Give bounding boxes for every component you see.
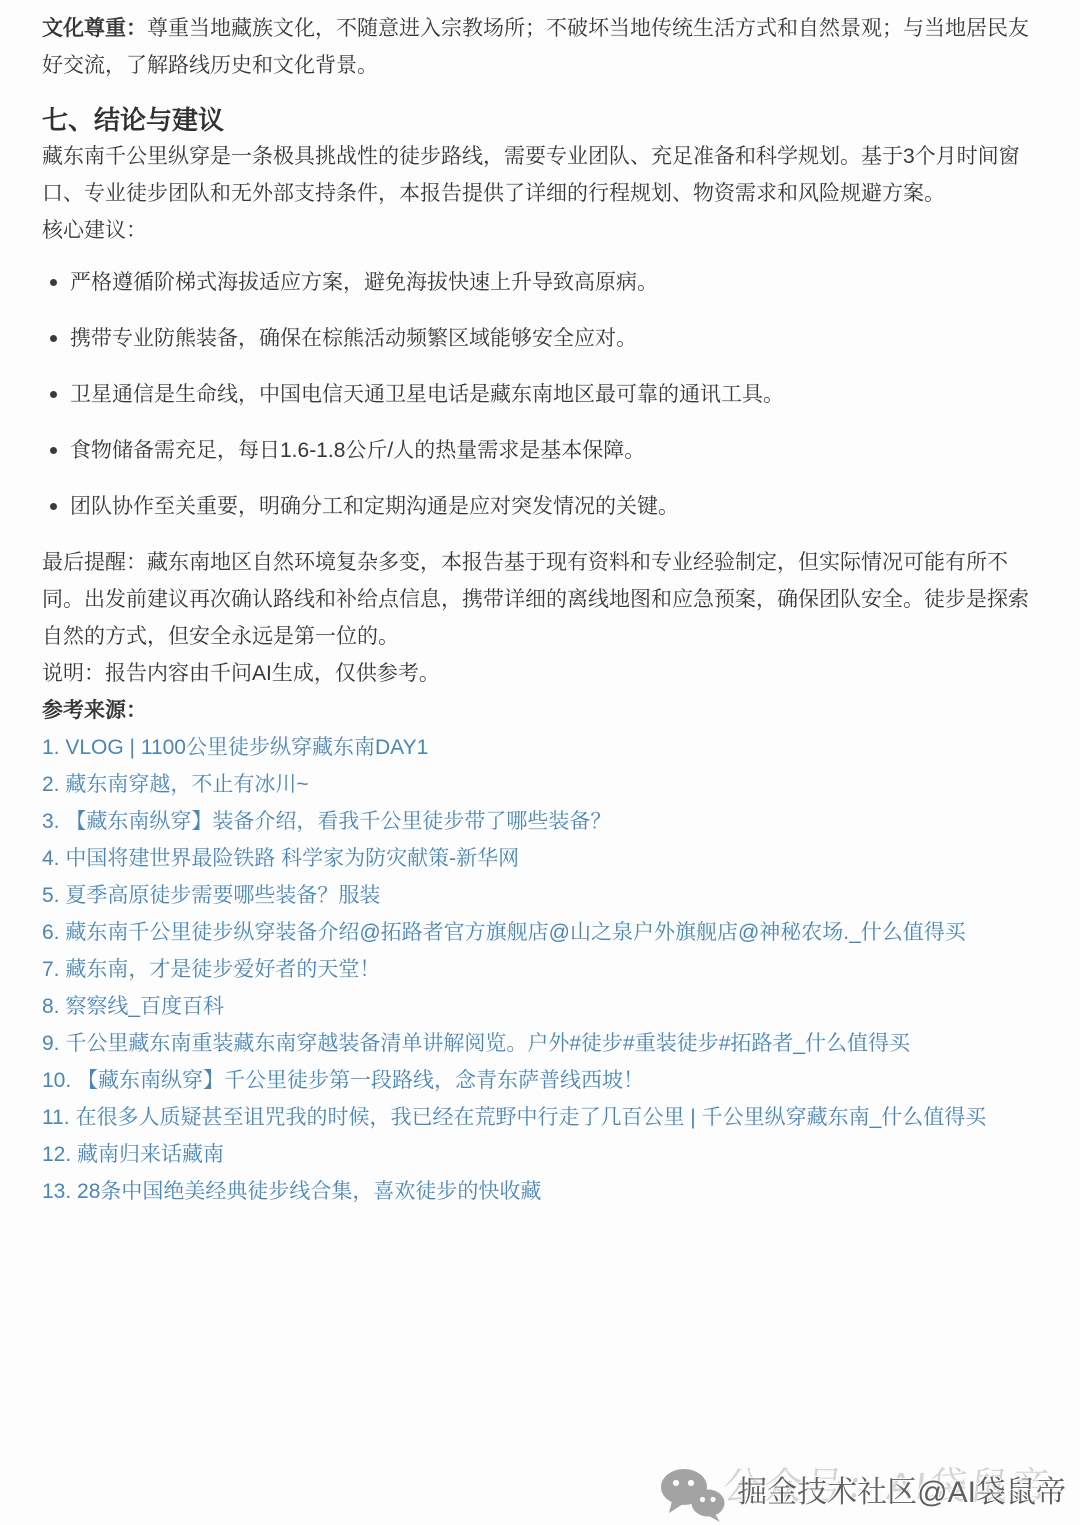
reference-item: 4. 中国将建世界最险铁路 科学家为防灾献策-新华网 <box>42 840 1038 877</box>
reference-item: 12. 藏南归来话藏南 <box>42 1136 1038 1173</box>
references-label: 参考来源： <box>42 692 1038 729</box>
ai-note-paragraph: 说明：报告内容由千问AI生成，仅供参考。 <box>42 655 1038 692</box>
reference-link[interactable]: 6. 藏东南千公里徒步纵穿装备介绍@拓路者官方旗舰店@山之泉户外旗舰店@神秘农场… <box>42 921 966 944</box>
reference-item: 11. 在很多人质疑甚至诅咒我的时候，我已经在荒野中行走了几百公里 | 千公里纵… <box>42 1099 1038 1136</box>
watermark: 公众号：AI袋鼠帝 掘金技术社区@AI袋鼠帝 <box>659 1466 1066 1520</box>
reference-item: 10. 【藏东南纵穿】千公里徒步第一段路线，念青东萨普线西坡！ <box>42 1062 1038 1099</box>
reference-link[interactable]: 11. 在很多人质疑甚至诅咒我的时候，我已经在荒野中行走了几百公里 | 千公里纵… <box>42 1106 986 1129</box>
reference-item: 5. 夏季高原徒步需要哪些装备？服装 <box>42 877 1038 914</box>
reference-item: 7. 藏东南，才是徒步爱好者的天堂！ <box>42 951 1038 988</box>
reference-link[interactable]: 5. 夏季高原徒步需要哪些装备？服装 <box>42 884 380 907</box>
reference-link[interactable]: 2. 藏东南穿越，不止有冰川~ <box>42 773 309 796</box>
watermark-back-text: 公众号：AI袋鼠帝 <box>720 1461 1054 1513</box>
reference-link[interactable]: 9. 千公里藏东南重装藏东南穿越装备清单讲解阅览。户外#徒步#重装徒步#拓路者_… <box>42 1032 910 1055</box>
reference-item: 13. 28条中国绝美经典徒步线合集，喜欢徒步的快收藏 <box>42 1173 1038 1210</box>
reference-item: 6. 藏东南千公里徒步纵穿装备介绍@拓路者官方旗舰店@山之泉户外旗舰店@神秘农场… <box>42 914 1038 951</box>
wechat-icon <box>659 1468 727 1522</box>
reference-link[interactable]: 3. 【藏东南纵穿】装备介绍，看我千公里徒步带了哪些装备？ <box>42 810 611 833</box>
core-advice-label: 核心建议： <box>42 212 1038 249</box>
intro-paragraph: 文化尊重：尊重当地藏族文化，不随意进入宗教场所；不破坏当地传统生活方式和自然景观… <box>42 10 1038 84</box>
final-reminder-paragraph: 最后提醒：藏东南地区自然环境复杂多变，本报告基于现有资料和专业经验制定，但实际情… <box>42 544 1038 655</box>
reference-link[interactable]: 4. 中国将建世界最险铁路 科学家为防灾献策-新华网 <box>42 847 519 870</box>
reference-item: 8. 察察线_百度百科 <box>42 988 1038 1025</box>
reference-link[interactable]: 13. 28条中国绝美经典徒步线合集，喜欢徒步的快收藏 <box>42 1180 541 1203</box>
reference-item: 2. 藏东南穿越，不止有冰川~ <box>42 766 1038 803</box>
reference-item: 9. 千公里藏东南重装藏东南穿越装备清单讲解阅览。户外#徒步#重装徒步#拓路者_… <box>42 1025 1038 1062</box>
reference-link[interactable]: 10. 【藏东南纵穿】千公里徒步第一段路线，念青东萨普线西坡！ <box>42 1069 644 1092</box>
reference-link[interactable]: 1. VLOG | 1100公里徒步纵穿藏东南DAY1 <box>42 736 428 759</box>
reference-link[interactable]: 7. 藏东南，才是徒步爱好者的天堂！ <box>42 958 380 981</box>
list-item: 携带专业防熊装备，确保在棕熊活动频繁区域能够安全应对。 <box>42 320 1038 357</box>
section-heading: 七、结论与建议 <box>42 102 1038 138</box>
reference-link[interactable]: 8. 察察线_百度百科 <box>42 995 224 1018</box>
watermark-front-text: 掘金技术社区@AI袋鼠帝 <box>737 1476 1066 1509</box>
document-page: 文化尊重：尊重当地藏族文化，不随意进入宗教场所；不破坏当地传统生活方式和自然景观… <box>0 0 1080 1210</box>
list-item: 卫星通信是生命线，中国电信天通卫星电话是藏东南地区最可靠的通讯工具。 <box>42 376 1038 413</box>
list-item: 食物储备需充足，每日1.6-1.8公斤/人的热量需求是基本保障。 <box>42 432 1038 469</box>
list-item: 团队协作至关重要，明确分工和定期沟通是应对突发情况的关键。 <box>42 488 1038 525</box>
list-item: 严格遵循阶梯式海拔适应方案，避免海拔快速上升导致高原病。 <box>42 264 1038 301</box>
reference-item: 3. 【藏东南纵穿】装备介绍，看我千公里徒步带了哪些装备？ <box>42 803 1038 840</box>
core-advice-list: 严格遵循阶梯式海拔适应方案，避免海拔快速上升导致高原病。 携带专业防熊装备，确保… <box>42 264 1038 525</box>
intro-text: 尊重当地藏族文化，不随意进入宗教场所；不破坏当地传统生活方式和自然景观；与当地居… <box>42 17 1029 77</box>
intro-label: 文化尊重： <box>42 17 147 40</box>
summary-paragraph: 藏东南千公里纵穿是一条极具挑战性的徒步路线，需要专业团队、充足准备和科学规划。基… <box>42 138 1038 212</box>
reference-link[interactable]: 12. 藏南归来话藏南 <box>42 1143 224 1166</box>
watermark-text: 公众号：AI袋鼠帝 掘金技术社区@AI袋鼠帝 <box>737 1469 1066 1517</box>
reference-item: 1. VLOG | 1100公里徒步纵穿藏东南DAY1 <box>42 729 1038 766</box>
